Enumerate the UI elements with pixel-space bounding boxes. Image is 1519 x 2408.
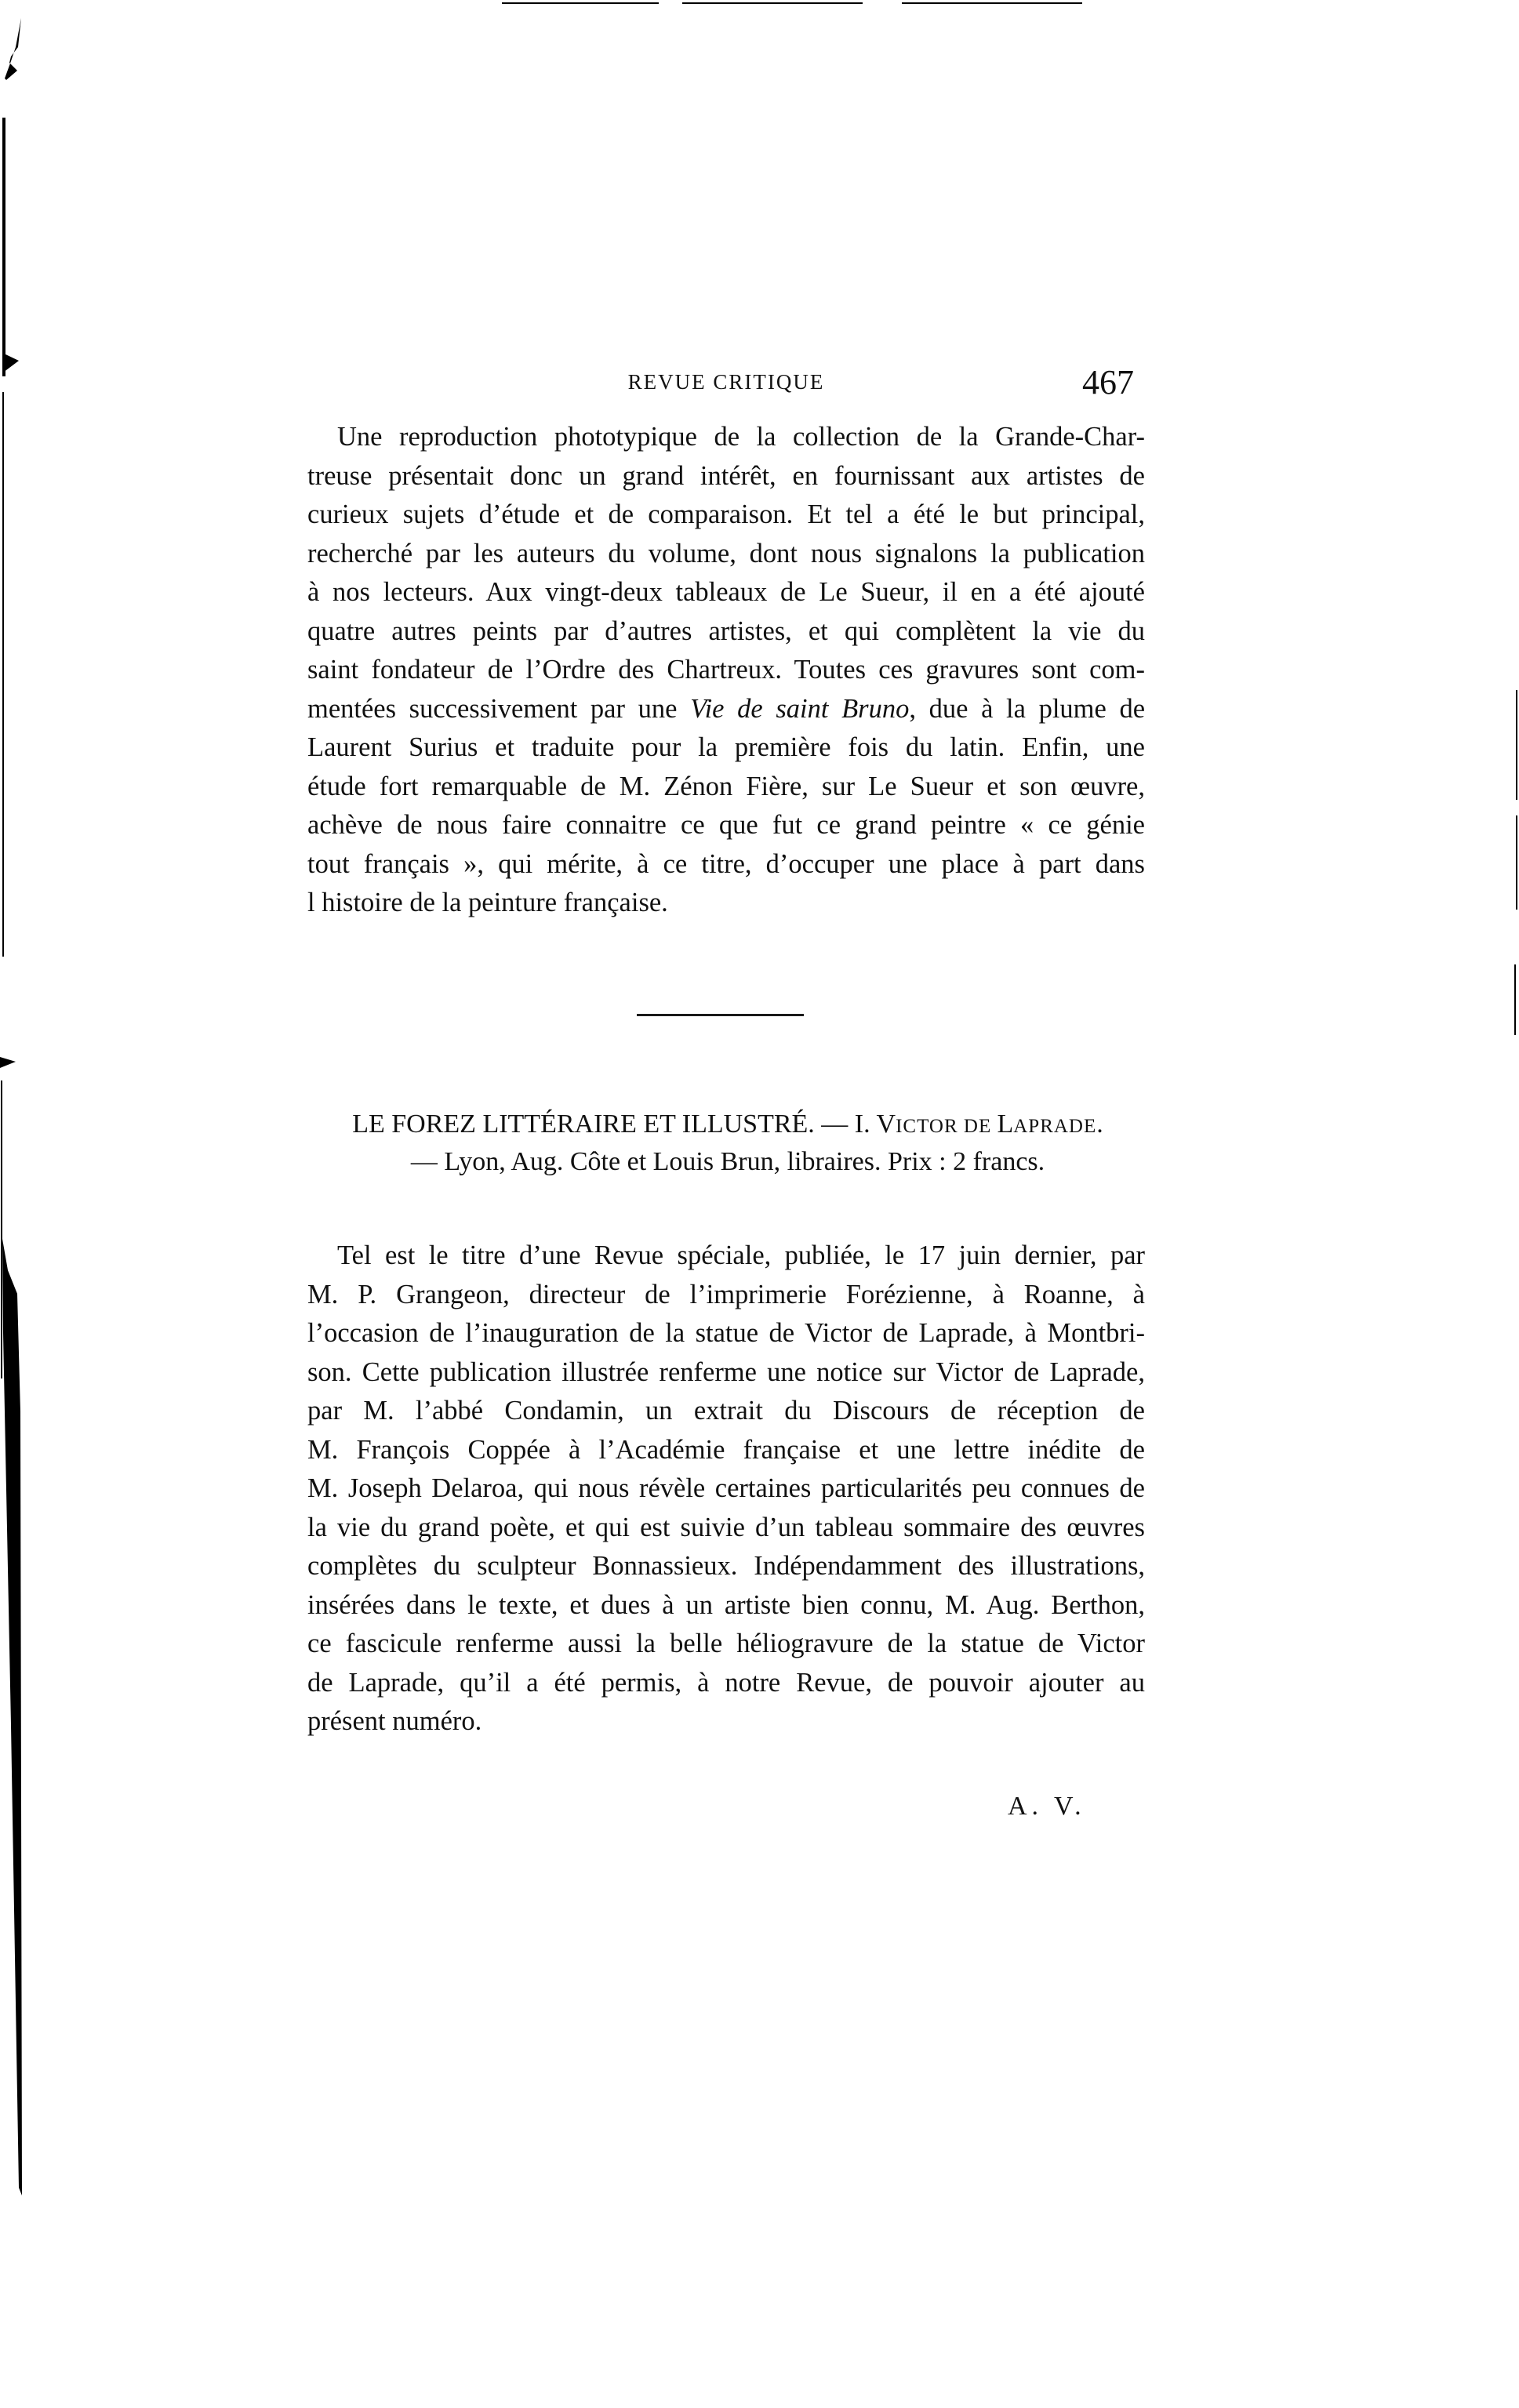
- author-initial: V: [877, 1110, 896, 1139]
- text-line: recherché par les auteurs du volume, don…: [307, 535, 1145, 574]
- text-line: l histoire de la peinture française.: [307, 884, 1145, 923]
- review-1-paragraph: Une reproduction phototypique de la coll…: [307, 418, 1145, 923]
- title-line-2: — Lyon, Aug. Côte et Louis Brun, librair…: [304, 1143, 1151, 1181]
- text-line: tout français », qui mérite, à ce titre,…: [307, 845, 1145, 884]
- text-line: M. Joseph Delaroa, qui nous révèle certa…: [307, 1469, 1145, 1509]
- text-line: la vie du grand poète, et qui est suivie…: [307, 1509, 1145, 1548]
- page-number: 467: [1082, 362, 1134, 402]
- title-caps: LE FOREZ LITTÉRAIRE ET ILLUSTRÉ. — I.: [352, 1110, 876, 1139]
- text-line: à nos lecteurs. Aux vingt-deux tableaux …: [307, 573, 1145, 612]
- text-line: ce fascicule renferme aussi la belle hél…: [307, 1625, 1145, 1664]
- text-line: par M. l’abbé Condamin, un extrait du Di…: [307, 1392, 1145, 1431]
- author-smallcaps: DE: [958, 1116, 998, 1137]
- text-line-with-italic-title: mentées successivement par une Vie de sa…: [307, 690, 1145, 729]
- text-line: curieux sujets d’étude et de comparaison…: [307, 496, 1145, 535]
- author-signature: A. V.: [1008, 1792, 1086, 1821]
- text-line: saint fondateur de l’Ordre des Chartreux…: [307, 651, 1145, 690]
- text-line: son. Cette publication illustrée renferm…: [307, 1353, 1145, 1393]
- running-header: REVUE CRITIQUE 467: [307, 362, 1145, 401]
- italic-work-title: Vie de saint Bruno: [690, 694, 909, 724]
- scanned-page: REVUE CRITIQUE 467 Une reproduction phot…: [0, 0, 1519, 2408]
- text-line: Une reproduction phototypique de la coll…: [307, 418, 1145, 457]
- text-line: M. François Coppée à l’Académie français…: [307, 1431, 1145, 1470]
- text-line: quatre autres peints par d’autres artist…: [307, 612, 1145, 652]
- review-2-title: LE FOREZ LITTÉRAIRE ET ILLUSTRÉ. — I. VI…: [304, 1106, 1151, 1181]
- author-smallcaps: APRADE: [1013, 1116, 1096, 1137]
- text-line: treuse présentait donc un grand intérêt,…: [307, 457, 1145, 496]
- section-divider: [637, 1014, 804, 1016]
- text-line: l’occasion de l’inauguration de la statu…: [307, 1314, 1145, 1353]
- text-line: complètes du sculpteur Bonnassieux. Indé…: [307, 1547, 1145, 1586]
- text-line: M. P. Grangeon, directeur de l’imprimeri…: [307, 1276, 1145, 1315]
- text-line: insérées dans le texte, et dues à un art…: [307, 1586, 1145, 1625]
- text-line: Tel est le titre d’une Revue spéciale, p…: [307, 1237, 1145, 1276]
- text-segment: mentées successivement par une: [307, 694, 690, 724]
- text-line: étude fort remarquable de M. Zénon Fière…: [307, 768, 1145, 807]
- author-smallcaps: ICTOR: [896, 1116, 958, 1137]
- running-title: REVUE CRITIQUE: [307, 370, 1145, 394]
- text-segment: , due à la plume de: [909, 694, 1145, 724]
- text-line: présent numéro.: [307, 1702, 1145, 1742]
- text-line: Laurent Surius et traduite pour la premi…: [307, 728, 1145, 768]
- title-punct: .: [1096, 1110, 1103, 1139]
- author-initial: L: [997, 1110, 1013, 1139]
- text-line: de Laprade, qu’il a été permis, à notre …: [307, 1664, 1145, 1703]
- review-2-paragraph: Tel est le titre d’une Revue spéciale, p…: [307, 1237, 1145, 1742]
- title-line-1: LE FOREZ LITTÉRAIRE ET ILLUSTRÉ. — I. VI…: [304, 1106, 1151, 1143]
- scan-edge-marks: [0, 0, 1519, 2408]
- text-line: achève de nous faire connaitre ce que fu…: [307, 806, 1145, 845]
